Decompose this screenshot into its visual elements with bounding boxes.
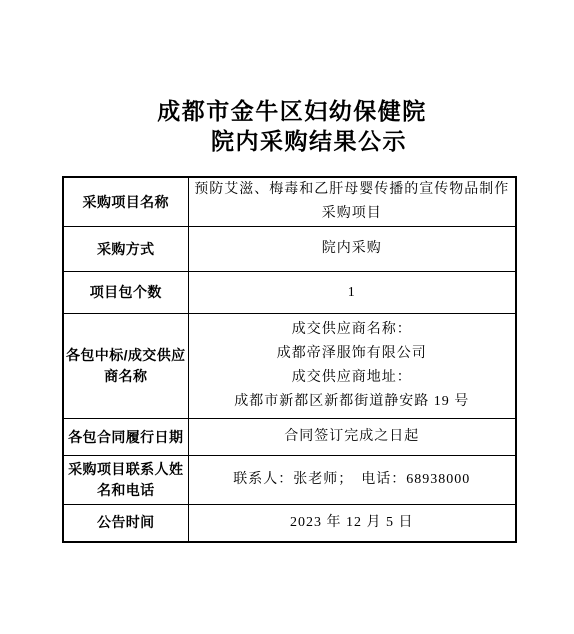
row-value-project-name: 预防艾滋、梅毒和乙肝母婴传播的宣传物品制作 采购项目 xyxy=(188,177,516,227)
value-line: 预防艾滋、梅毒和乙肝母婴传播的宣传物品制作 xyxy=(190,178,515,202)
value-line: 成都帝泽服饰有限公司 xyxy=(190,342,515,366)
document-title-line1: 成都市金牛区妇幼保健院 xyxy=(0,97,574,127)
row-value-winning-supplier: 成交供应商名称： 成都帝泽服饰有限公司 成交供应商地址： 成都市新都区新都街道静… xyxy=(188,314,516,419)
procurement-result-table: 采购项目名称 预防艾滋、梅毒和乙肝母婴传播的宣传物品制作 采购项目 采购方式 院… xyxy=(62,176,517,543)
row-value-announcement-date: 2023 年 12 月 5 日 xyxy=(188,505,516,542)
table-row-project-name: 采购项目名称 预防艾滋、梅毒和乙肝母婴传播的宣传物品制作 采购项目 xyxy=(63,177,516,227)
row-label-winning-supplier: 各包中标/成交供应商名称 xyxy=(63,314,188,419)
row-label-package-count: 项目包个数 xyxy=(63,272,188,314)
table-row-winning-supplier: 各包中标/成交供应商名称 成交供应商名称： 成都帝泽服饰有限公司 成交供应商地址… xyxy=(63,314,516,419)
value-line: 成交供应商名称： xyxy=(190,318,515,342)
table-row-announcement-date: 公告时间 2023 年 12 月 5 日 xyxy=(63,505,516,542)
row-value-contact: 联系人：张老师； 电话：68938000 xyxy=(188,456,516,505)
table-row-contract-period: 各包合同履行日期 合同签订完成之日起 xyxy=(63,419,516,456)
value-line: 采购项目 xyxy=(190,202,515,226)
row-label-announcement-date: 公告时间 xyxy=(63,505,188,542)
row-label-procurement-method: 采购方式 xyxy=(63,227,188,272)
row-value-package-count: 1 xyxy=(188,272,516,314)
table-row-package-count: 项目包个数 1 xyxy=(63,272,516,314)
row-value-procurement-method: 院内采购 xyxy=(188,227,516,272)
document-title-line2: 院内采购结果公示 xyxy=(0,127,574,157)
value-line: 成都市新都区新都街道静安路 19 号 xyxy=(190,390,515,414)
document-title: 成都市金牛区妇幼保健院 院内采购结果公示 xyxy=(0,97,574,157)
row-label-project-name: 采购项目名称 xyxy=(63,177,188,227)
table-row-procurement-method: 采购方式 院内采购 xyxy=(63,227,516,272)
row-label-contract-period: 各包合同履行日期 xyxy=(63,419,188,456)
document-page: 成都市金牛区妇幼保健院 院内采购结果公示 采购项目名称 预防艾滋、梅毒和乙肝母婴… xyxy=(0,0,574,634)
row-value-contract-period: 合同签订完成之日起 xyxy=(188,419,516,456)
row-label-contact: 采购项目联系人姓名和电话 xyxy=(63,456,188,505)
value-line: 成交供应商地址： xyxy=(190,366,515,390)
table-row-contact: 采购项目联系人姓名和电话 联系人：张老师； 电话：68938000 xyxy=(63,456,516,505)
